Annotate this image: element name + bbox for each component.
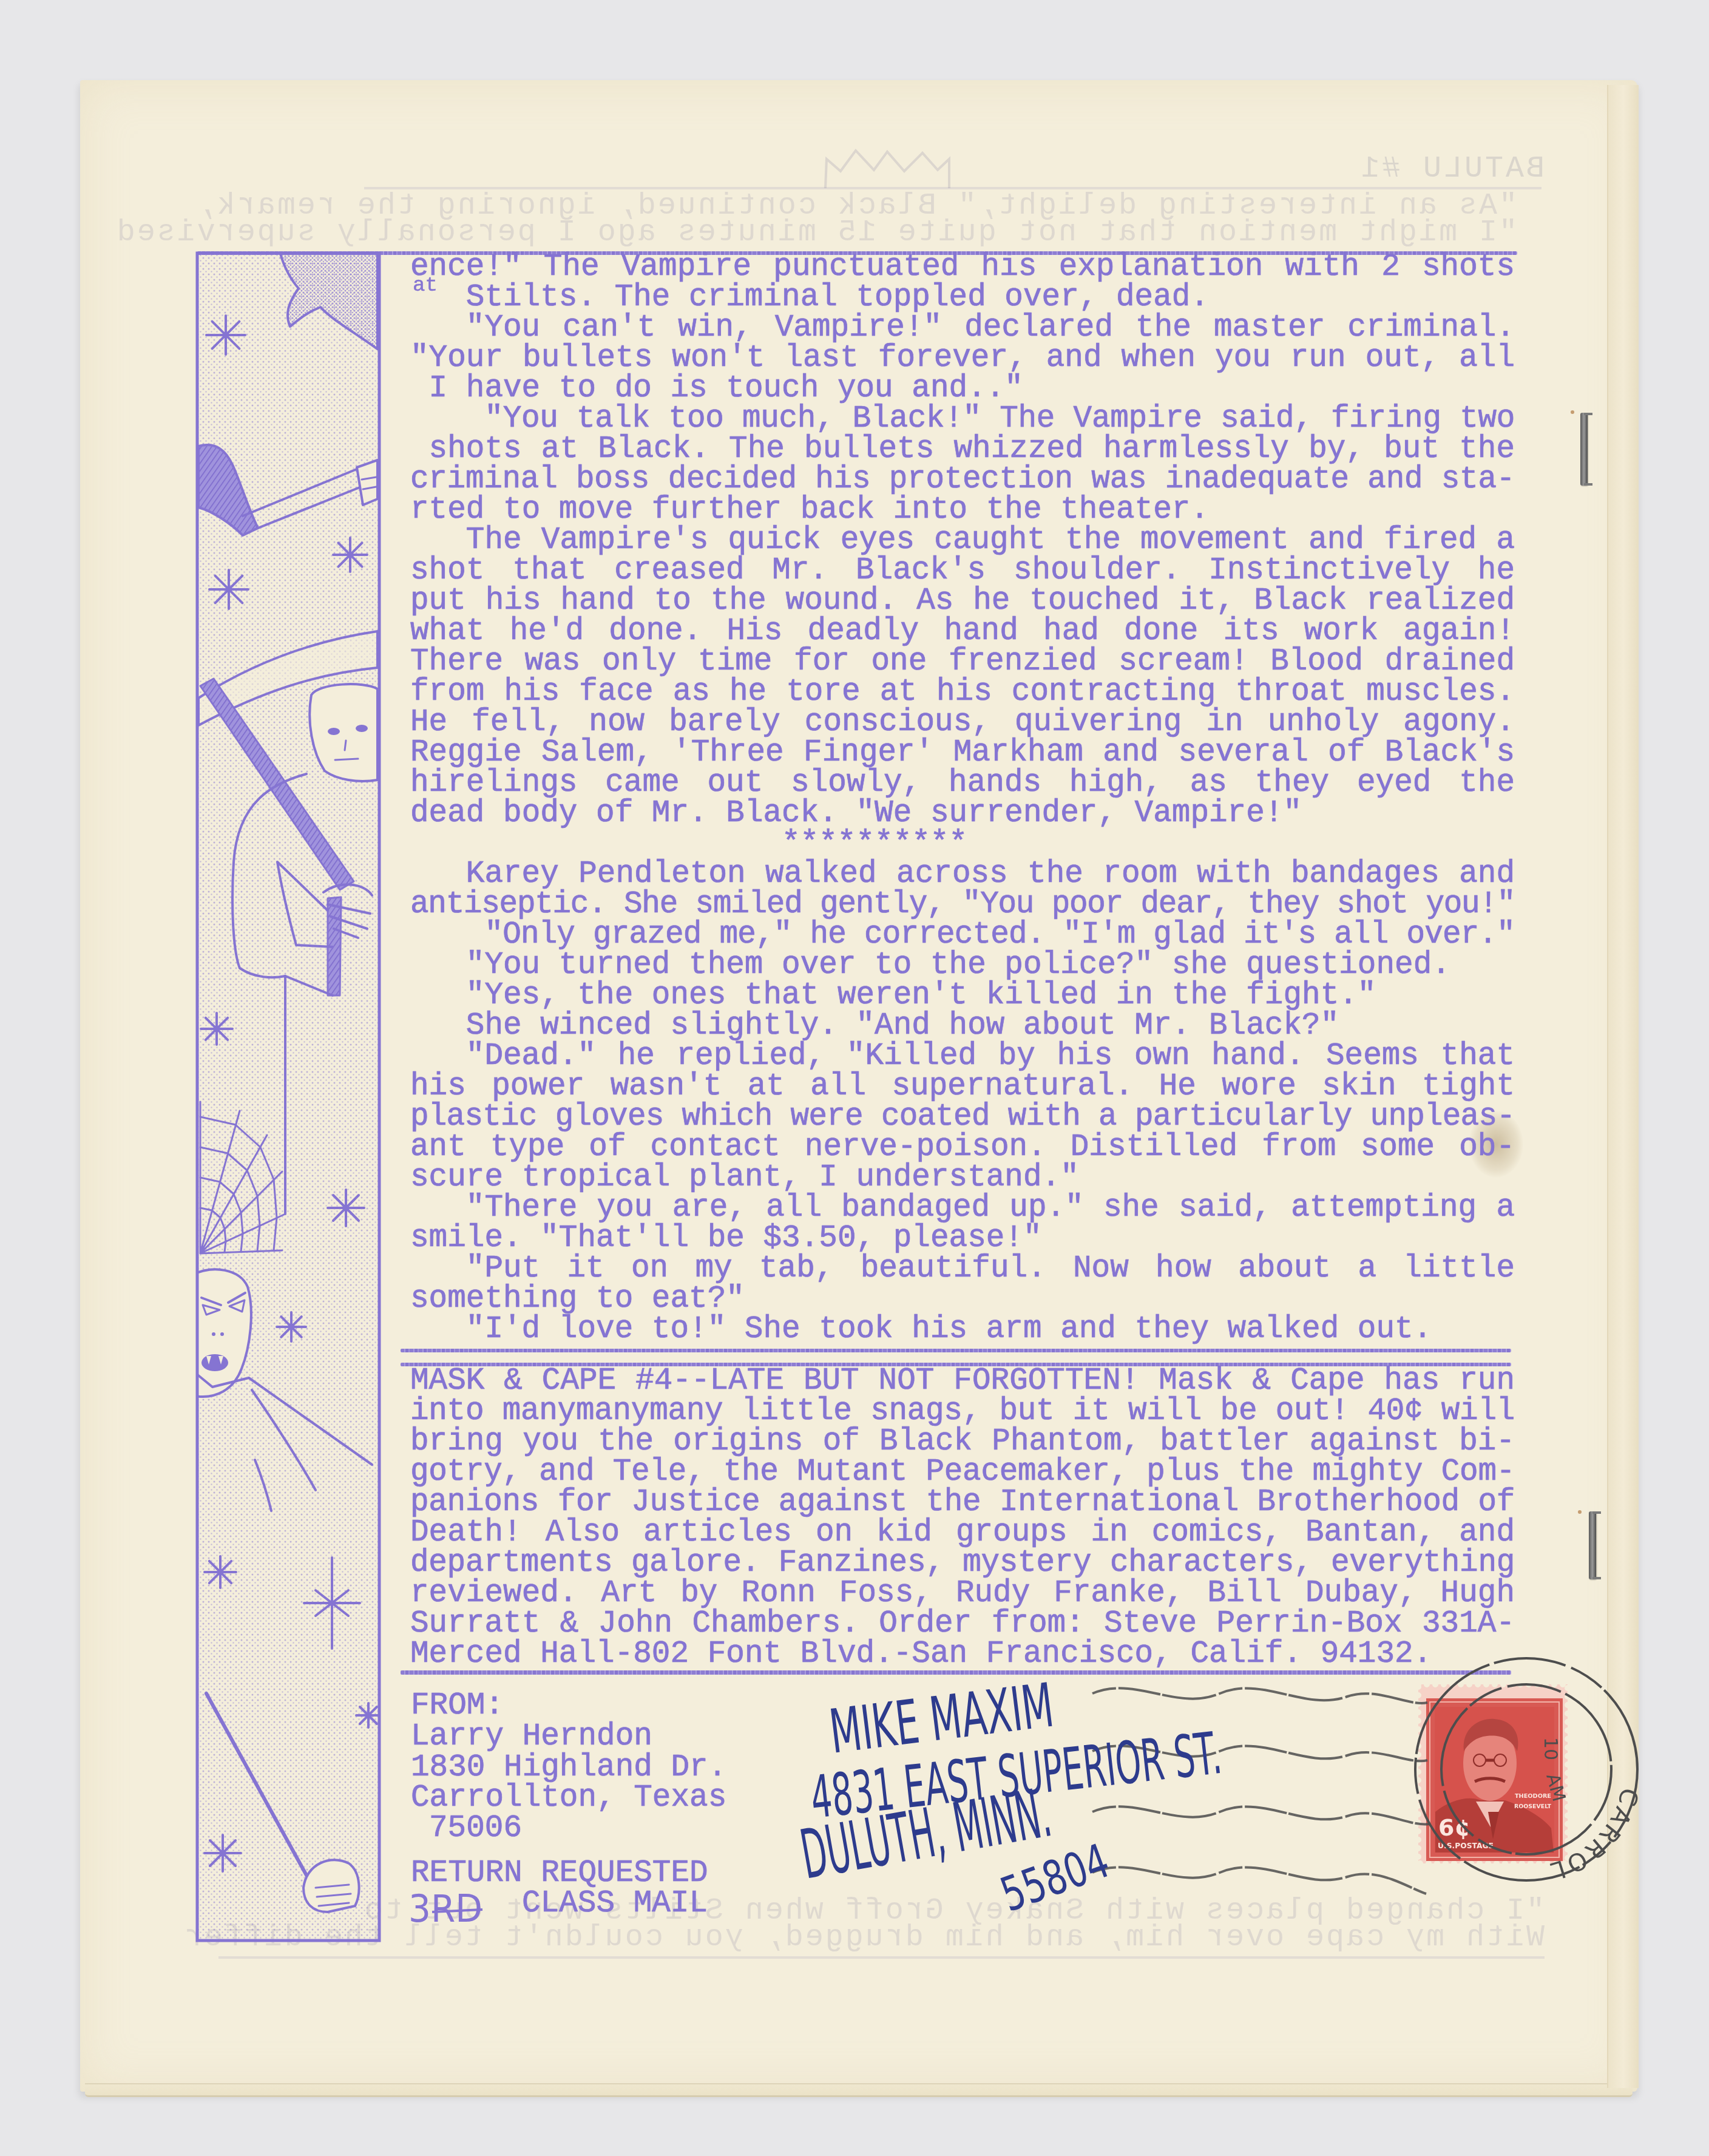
recipient-address: MIKE MAXIM 4831 EAST SUPERIOR ST. DULUTH… [795,1670,1225,1923]
postmark-inner-top: 10 [1540,1737,1561,1760]
stamp-name-line1: THEODORE [1515,1794,1551,1800]
stamp-name-line2: ROOSEVELT [1514,1804,1552,1810]
bleed-ornament [825,151,949,188]
artwork-overlay: 3RD 6¢ U.S.POSTAGE THEODORE ROOSEVELT CA… [0,0,1709,2156]
illustration-panel [195,253,379,1941]
mail-class-handwritten: 3RD [408,1886,482,1931]
